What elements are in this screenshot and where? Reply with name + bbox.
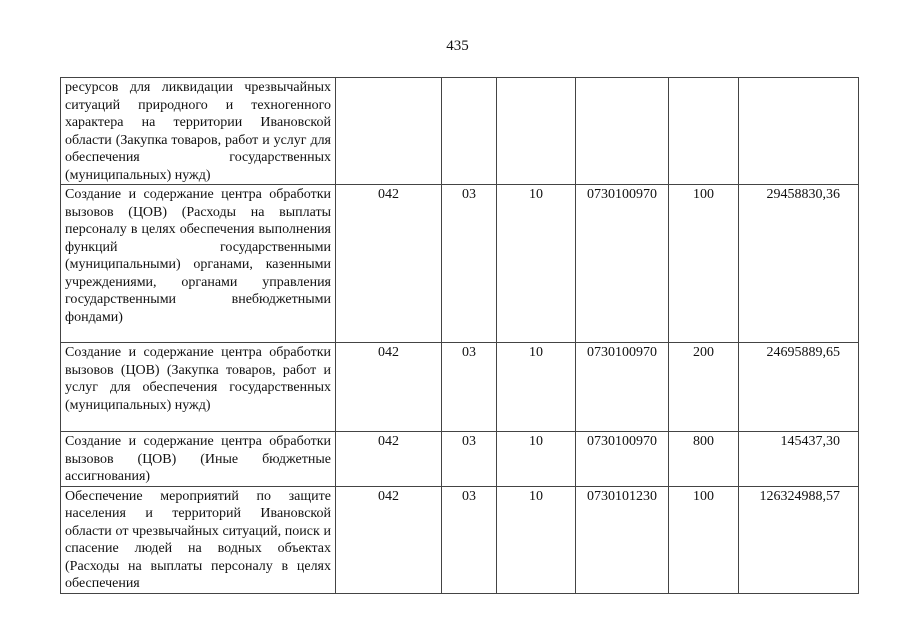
table-row: Создание и содержание центра обработки в… bbox=[61, 432, 859, 487]
row-rz bbox=[442, 78, 497, 185]
row-sum: 24695889,65 bbox=[739, 343, 859, 432]
page-number: 435 bbox=[0, 38, 905, 55]
row-pr: 10 bbox=[497, 486, 576, 593]
row-ved: 042 bbox=[336, 185, 442, 343]
row-rz: 03 bbox=[442, 432, 497, 487]
row-ved: 042 bbox=[336, 432, 442, 487]
row-ved bbox=[336, 78, 442, 185]
table-row: Создание и содержание центра обработки в… bbox=[61, 343, 859, 432]
row-sum bbox=[739, 78, 859, 185]
row-vr: 100 bbox=[669, 486, 739, 593]
row-vr: 100 bbox=[669, 185, 739, 343]
row-description: Создание и содержание центра обработки в… bbox=[61, 432, 336, 487]
row-rz: 03 bbox=[442, 343, 497, 432]
row-csr bbox=[576, 78, 669, 185]
row-sum: 145437,30 bbox=[739, 432, 859, 487]
row-csr: 0730100970 bbox=[576, 185, 669, 343]
row-vr bbox=[669, 78, 739, 185]
row-sum: 29458830,36 bbox=[739, 185, 859, 343]
row-pr: 10 bbox=[497, 343, 576, 432]
budget-table: ресурсов для ликвидации чрезвычайных сит… bbox=[60, 77, 859, 594]
row-description: Создание и содержание центра обработки в… bbox=[61, 185, 336, 343]
row-sum: 126324988,57 bbox=[739, 486, 859, 593]
row-pr: 10 bbox=[497, 185, 576, 343]
row-vr: 200 bbox=[669, 343, 739, 432]
row-description: Создание и содержание центра обработки в… bbox=[61, 343, 336, 432]
row-pr: 10 bbox=[497, 432, 576, 487]
row-ved: 042 bbox=[336, 343, 442, 432]
row-ved: 042 bbox=[336, 486, 442, 593]
table-row: ресурсов для ликвидации чрезвычайных сит… bbox=[61, 78, 859, 185]
row-description: Обеспечение мероприятий по защите населе… bbox=[61, 486, 336, 593]
row-description: ресурсов для ликвидации чрезвычайных сит… bbox=[61, 78, 336, 185]
row-pr bbox=[497, 78, 576, 185]
row-csr: 0730100970 bbox=[576, 343, 669, 432]
row-rz: 03 bbox=[442, 185, 497, 343]
row-vr: 800 bbox=[669, 432, 739, 487]
table-row: Обеспечение мероприятий по защите населе… bbox=[61, 486, 859, 593]
row-rz: 03 bbox=[442, 486, 497, 593]
row-csr: 0730101230 bbox=[576, 486, 669, 593]
row-csr: 0730100970 bbox=[576, 432, 669, 487]
table-row: Создание и содержание центра обработки в… bbox=[61, 185, 859, 343]
